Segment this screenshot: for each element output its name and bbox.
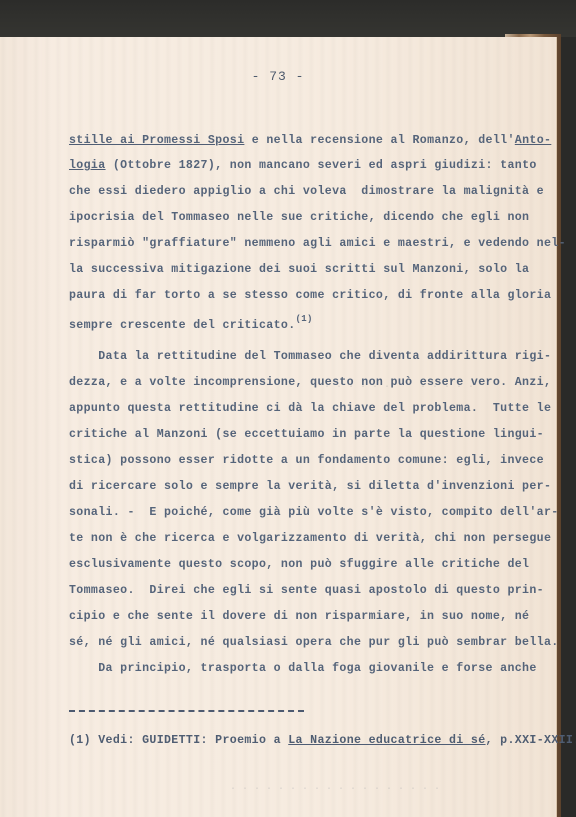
footnote-reference: (1) — [296, 314, 313, 324]
text-line: sempre crescente del criticato.(1) — [69, 314, 313, 332]
text-line: te non è che ricerca e volgarizzamento d… — [69, 532, 551, 545]
footnote-separator — [69, 710, 304, 712]
text-line: appunto questa rettitudine ci dà la chia… — [69, 402, 551, 415]
text-line: dezza, e a volte incomprensione, questo … — [69, 376, 551, 389]
underlined-title: stille ai Promessi Sposi — [69, 134, 244, 147]
text-segment: e nella recensione al Romanzo, dell' — [244, 134, 514, 147]
text-segment: ipocrisia del Tommaseo nelle sue critich… — [69, 211, 529, 224]
text-segment: la successiva mitigazione dei suoi scrit… — [69, 263, 529, 276]
footnote-suffix: , p.XXI-XXII. — [486, 734, 576, 747]
text-segment: critiche al Manzoni (se eccettuiamo in p… — [69, 428, 544, 441]
typewritten-page: . . . . . . . . . . . . . . . . . . . . … — [0, 37, 556, 817]
text-segment: risparmiò "graffiature" nemmeno agli ami… — [69, 237, 566, 250]
footnote-marker: (1) Vedi: GUIDETTI: Proemio a — [69, 734, 288, 747]
page-number: - 73 - — [0, 69, 556, 84]
footnote-title: La Nazione educatrice di sé — [288, 734, 485, 747]
text-segment: appunto questa rettitudine ci dà la chia… — [69, 402, 551, 415]
underlined-title: logia — [69, 159, 106, 172]
underlined-title: Anto- — [515, 134, 552, 147]
text-segment: Data la rettitudine del Tommaseo che div… — [69, 350, 551, 363]
text-line: di ricercare solo e sempre la verità, si… — [69, 480, 551, 493]
text-segment: sempre crescente del criticato. — [69, 319, 296, 332]
text-segment: che essi diedero appiglio a chi voleva d… — [69, 185, 544, 198]
text-line: stille ai Promessi Sposi e nella recensi… — [69, 134, 551, 147]
text-line: risparmiò "graffiature" nemmeno agli ami… — [69, 237, 566, 250]
text-segment: stica) possono esser ridotte a un fondam… — [69, 454, 544, 467]
text-line: logia (Ottobre 1827), non mancano severi… — [69, 159, 537, 172]
text-segment: cipio e che sente il dovere di non rispa… — [69, 610, 529, 623]
text-line: esclusivamente questo scopo, non può sfu… — [69, 558, 529, 571]
text-segment: di ricercare solo e sempre la verità, si… — [69, 480, 551, 493]
text-line: ipocrisia del Tommaseo nelle sue critich… — [69, 211, 529, 224]
text-segment: paura di far torto a se stesso come crit… — [69, 289, 551, 302]
bleed-through-text: . . . . . . . . . . . . . . . . . . — [230, 782, 440, 793]
text-segment: Tommaseo. Direi che egli si sente quasi … — [69, 584, 544, 597]
text-segment: Da principio, trasporta o dalla foga gio… — [69, 662, 537, 675]
text-line: la successiva mitigazione dei suoi scrit… — [69, 263, 529, 276]
dark-background — [0, 0, 576, 37]
text-segment: dezza, e a volte incomprensione, questo … — [69, 376, 551, 389]
text-segment: sé, né gli amici, né qualsiasi opera che… — [69, 636, 559, 649]
text-line: che essi diedero appiglio a chi voleva d… — [69, 185, 544, 198]
text-line: sonali. - E poiché, come già più volte s… — [69, 506, 559, 519]
text-line: Data la rettitudine del Tommaseo che div… — [69, 350, 551, 363]
text-line: paura di far torto a se stesso come crit… — [69, 289, 551, 302]
text-segment: esclusivamente questo scopo, non può sfu… — [69, 558, 529, 571]
footnote: (1) Vedi: GUIDETTI: Proemio a La Nazione… — [69, 734, 576, 747]
text-segment: te non è che ricerca e volgarizzamento d… — [69, 532, 551, 545]
text-line: stica) possono esser ridotte a un fondam… — [69, 454, 544, 467]
text-line: Tommaseo. Direi che egli si sente quasi … — [69, 584, 544, 597]
text-line: sé, né gli amici, né qualsiasi opera che… — [69, 636, 559, 649]
text-segment: (Ottobre 1827), non mancano severi ed as… — [106, 159, 537, 172]
text-line: critiche al Manzoni (se eccettuiamo in p… — [69, 428, 544, 441]
text-segment: sonali. - E poiché, come già più volte s… — [69, 506, 559, 519]
text-line: Da principio, trasporta o dalla foga gio… — [69, 662, 537, 675]
text-line: cipio e che sente il dovere di non rispa… — [69, 610, 529, 623]
